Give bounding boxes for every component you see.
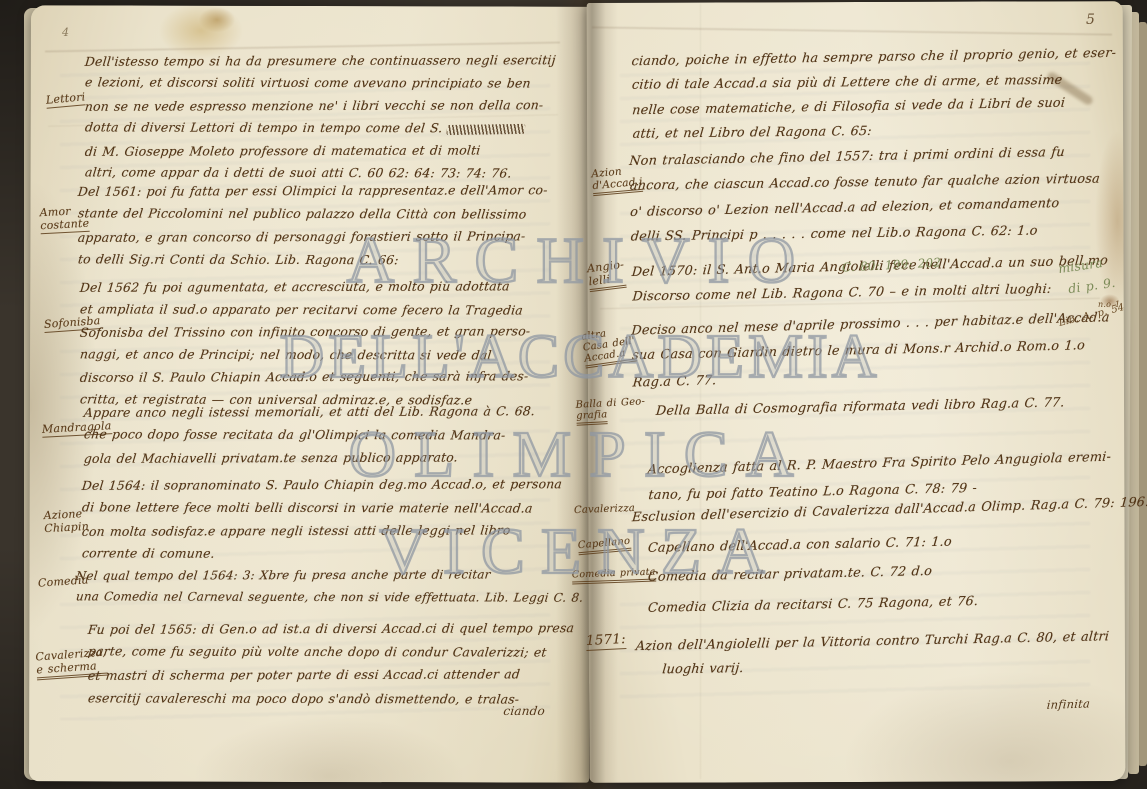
entry-chiapin-text: Del 1564: il sopranominato S. Paulo Chia… [82,473,567,565]
text-line: Appare anco negli istessi memoriali, et … [83,400,570,424]
entry-casa-text: Deciso anco nel mese d'aprile prossimo .… [631,306,1103,395]
text-line: corrente di comune. [81,541,568,565]
text-line: non se ne vede espresso menzione ne' i l… [84,94,566,118]
scanner-background: 4 Lettori Dell'istesso tempo si ha da pr… [0,0,1147,789]
text-line: e lezioni, et discorsi soliti virtuosi c… [84,72,566,96]
text-line: Fu poi del 1565: di Gen.o ad ist.a di di… [87,616,575,641]
text-line: Dell'istesso tempo si ha da presumere ch… [84,49,566,73]
text-line: Del 1561: poi fu fatta per essi Olimpici… [77,178,565,203]
margin-label-balla-geografia: Balla di Geo- grafia [575,396,646,426]
text-line: apparato, e gran concorso di personaggi … [77,224,565,249]
entry-lettori-text: Dell'istesso tempo si ha da presumere ch… [85,50,565,184]
margin-label-casa-accademia: altra Casa dell' Accad.a [581,325,638,369]
text-line: di M. Gioseppe Moleto professore di mate… [84,139,566,163]
margin-label-angiolelli: Angio- lelli [586,258,627,292]
struck-out-word [446,124,525,135]
left-page-catchword: ciando [454,704,545,718]
left-page-number: 4 [62,26,69,39]
text-line: di bone lettere fece molti belli discors… [81,495,568,519]
text-line: Sofonisba del Trissino con infinito conc… [79,320,566,344]
text-line: Del 1564: il sopranominato S. Paulo Chia… [81,472,569,497]
stacked-sheet-edge [1138,22,1147,766]
text-line: una Comedia nel Carneval seguente, che n… [75,585,577,608]
text-line: con molta sodisfaz.e appare negli istess… [81,518,569,543]
text-line: discorso il S. Paulo Chiapin Accad.o et … [79,365,566,389]
text-line: gola del Machiavelli privatam.te senza p… [83,446,570,470]
entry-sofonisba-text: Del 1562 fu poi agumentata, et accresciu… [80,276,565,411]
text-line: Nel qual tempo del 1564: 3: Xbre fu pres… [75,563,577,587]
text-line: Del 1562 fu poi agumentata, et accresciu… [79,275,566,299]
entry-vittoria-turchi-text: Azion dell'Angiolelli per la Vittoria co… [636,625,1127,684]
entry-mandragola-text: Appare anco negli istessi memoriali, et … [84,401,569,469]
text-line: parte, come fu seguito più volte anche d… [87,640,574,664]
text-line: dotta di diversi Lettori di tempo in tem… [84,117,566,141]
right-page-number: 5 [1086,12,1095,28]
margin-label-comedia-privata: Comedia privata [572,567,656,585]
entry-genio-text: ciando, poiche in effetto ha sempre pars… [631,43,1112,148]
text-line: et mastri di scherma per poter parte di … [87,663,575,688]
entry-comedia-text: Nel qual tempo del 1564: 3: Xbre fu pres… [76,564,576,608]
entry-ordini-text: Non tralasciando che fino del 1557: tra … [629,140,1111,250]
margin-label-cavalerizza: Cavalerizza [574,503,635,516]
entry-amor-costante-text: Del 1561: poi fu fatta per essi Olimpici… [78,179,563,271]
text-line: stante del Piccolomini nel publico palaz… [77,201,564,225]
margin-label-1571: 1571: [586,631,627,651]
text-line: che poco dopo fosse recitata da gl'Olimp… [83,423,570,447]
entry-cavalerizza-scherma-text: Fu poi del 1565: di Gen.o ad ist.a di di… [88,617,573,710]
text-line: naggi, et anco de Principi; nel modo, ch… [79,343,566,367]
text-line: to delli Sig.ri Conti da Schio. Lib. Rag… [77,247,564,271]
text-line: et ampliata il sud.o apparato per recita… [79,298,566,322]
